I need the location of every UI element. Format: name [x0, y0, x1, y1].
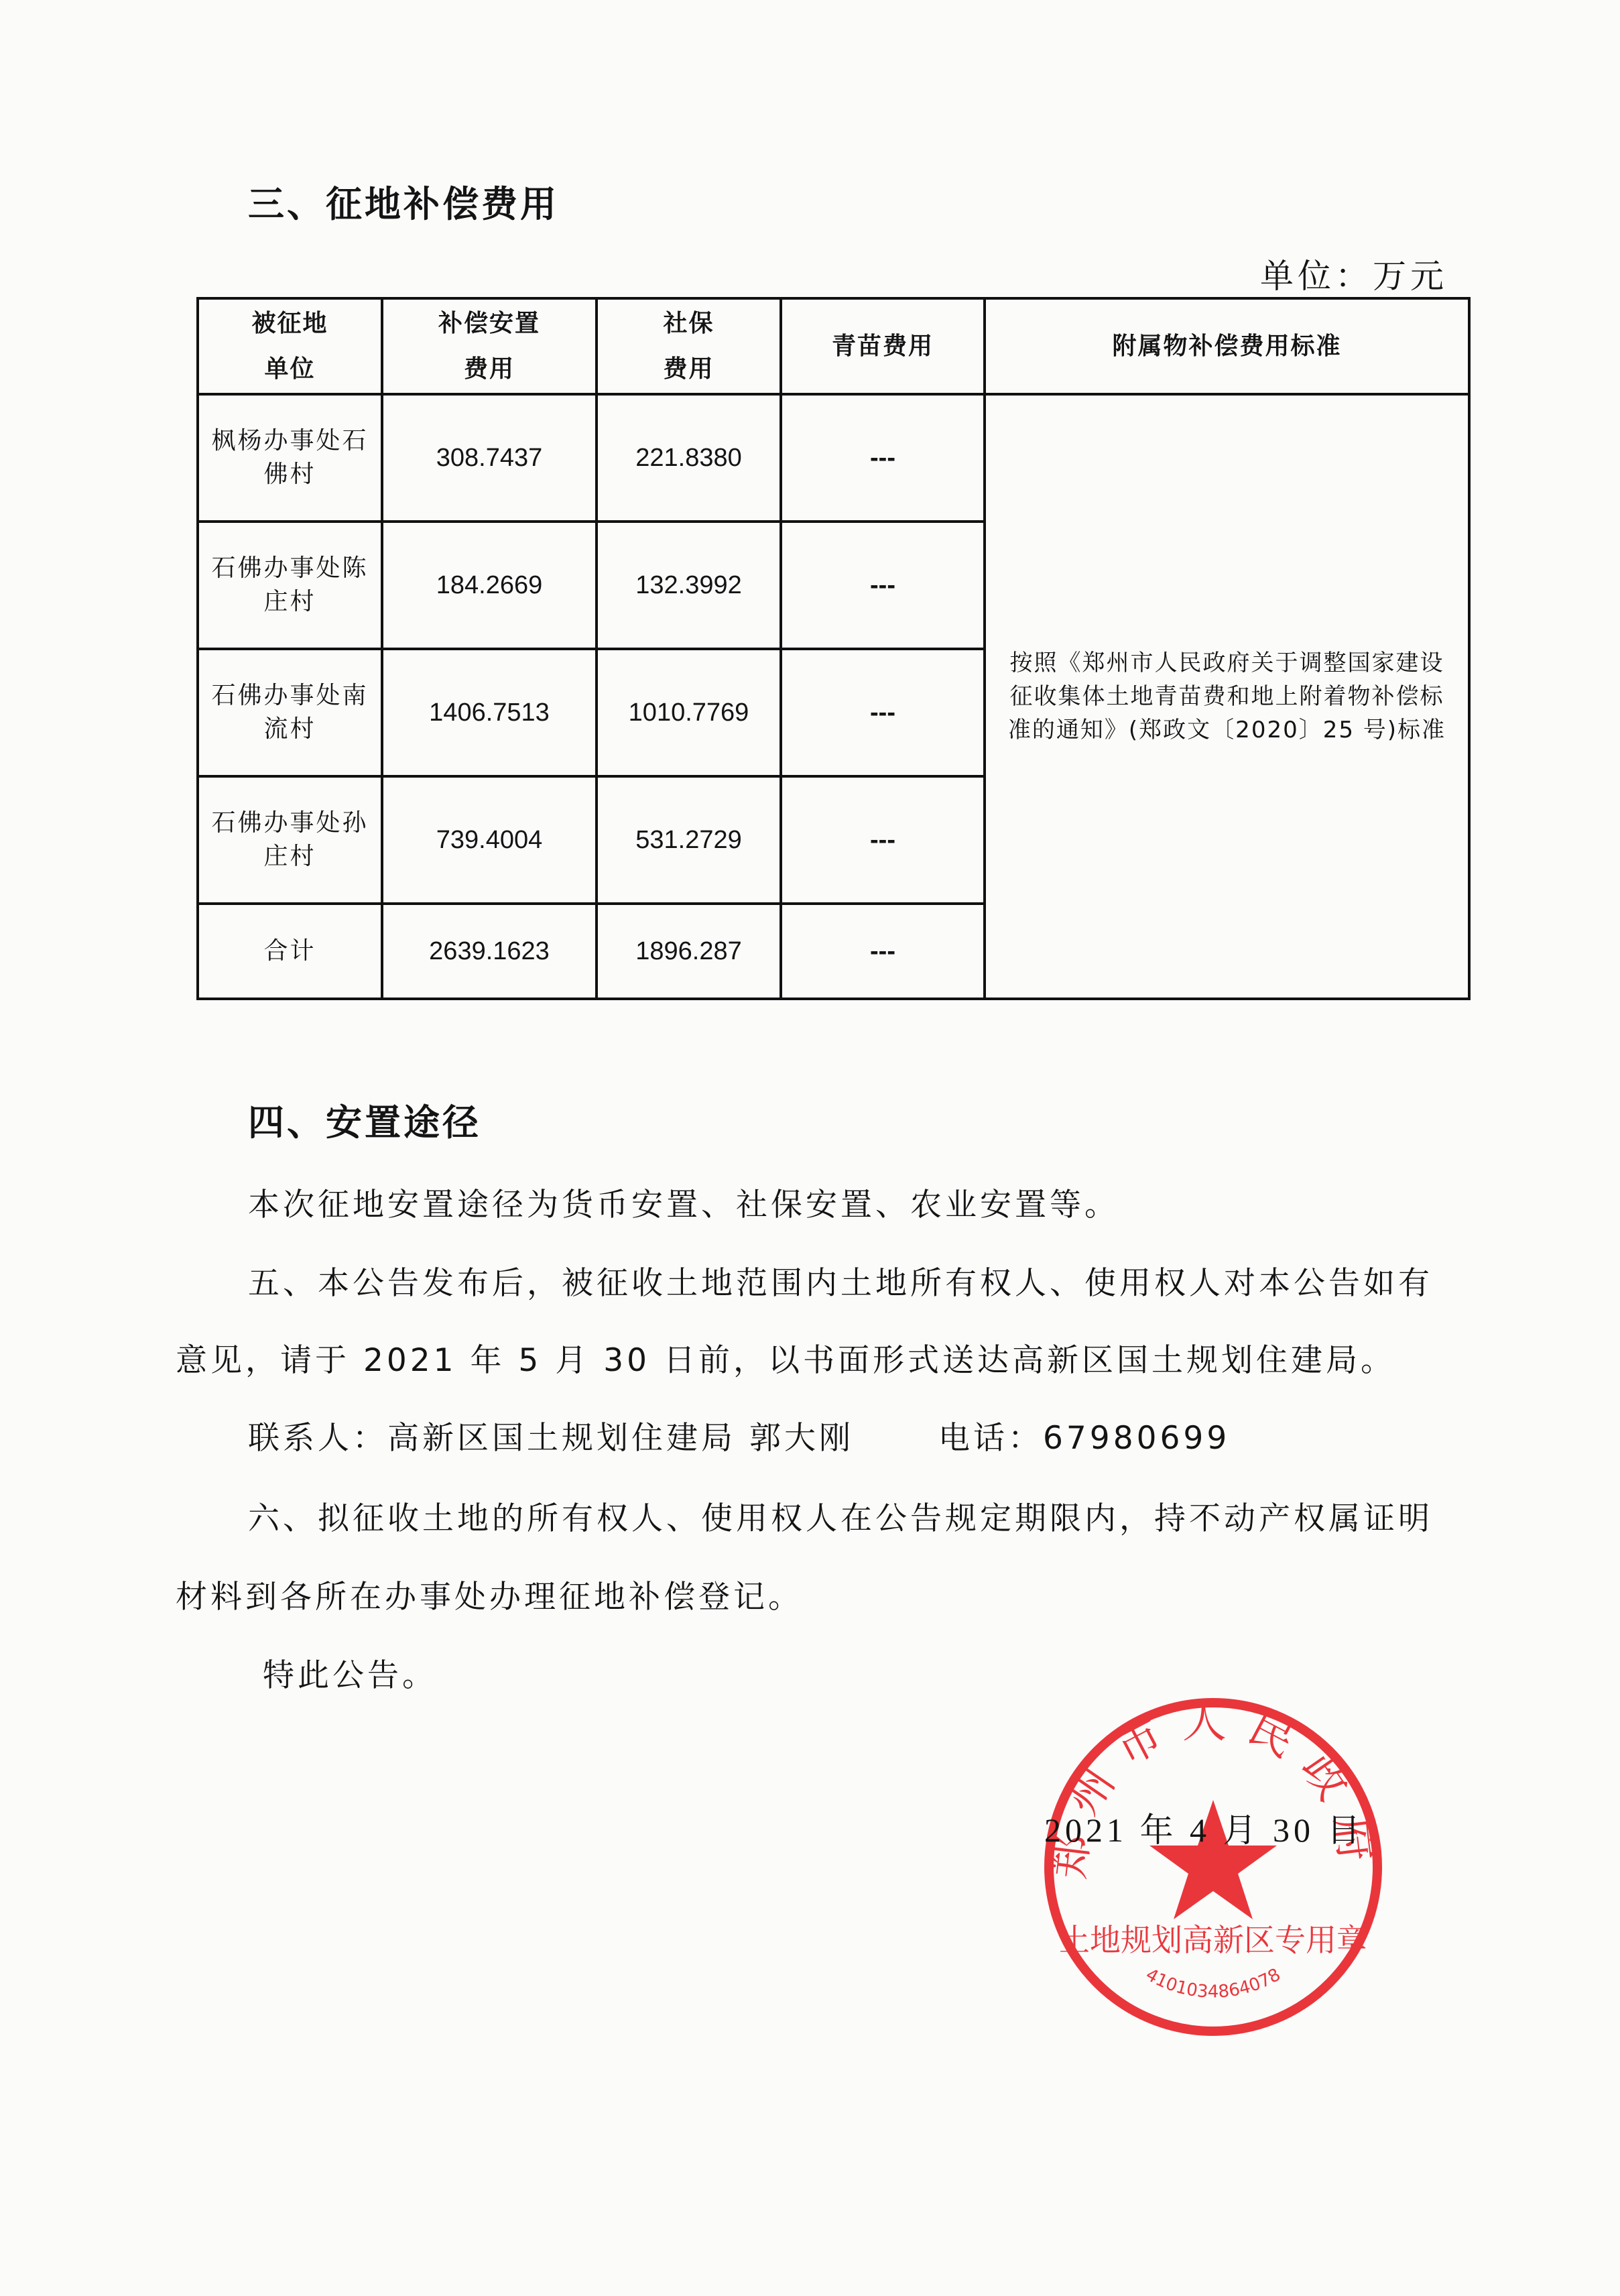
cell-attachment-standard: 按照《郑州市人民政府关于调整国家建设 征收集体土地青苗费和地上附着物补偿标 准的… — [985, 394, 1469, 999]
cell-compensation: 1406.7513 — [382, 649, 597, 776]
cell-unit: 石佛办事处孙庄村 — [198, 776, 382, 904]
cell-crop-fee: --- — [781, 522, 985, 649]
cell-crop-fee: --- — [781, 394, 985, 522]
cell-total-compensation: 2639.1623 — [382, 904, 597, 999]
cell-social-security: 1010.7769 — [597, 649, 781, 776]
cell-unit: 石佛办事处南流村 — [198, 649, 382, 776]
cell-compensation: 308.7437 — [382, 394, 597, 522]
closing-text: 特此公告。 — [263, 1650, 437, 1695]
section6-line1: 六、拟征收土地的所有权人、使用权人在公告规定期限内，持不动产权属证明 — [248, 1494, 1433, 1538]
cell-total-crop-fee: --- — [781, 904, 985, 999]
signature-date: 2021 年 4 月 30 日 — [1044, 1803, 1365, 1852]
section5-line1: 五、本公告发布后，被征收土地范围内土地所有权人、使用权人对本公告如有 — [248, 1258, 1433, 1303]
cell-social-security: 531.2729 — [597, 776, 781, 904]
contact-person: 联系人：高新区国土规划住建局 郭大刚 — [248, 1413, 854, 1458]
cell-total-social-security: 1896.287 — [597, 904, 781, 999]
section5-line2: 意见，请于 2021 年 5 月 30 日前，以书面形式送达高新区国土规划住建局… — [176, 1335, 1395, 1380]
header-social-security: 社保费用 — [597, 298, 781, 394]
seal-code: 4101034864078 — [1142, 1965, 1284, 2002]
cell-crop-fee: --- — [781, 649, 985, 776]
cell-compensation: 184.2669 — [382, 522, 597, 649]
cell-total-label: 合计 — [198, 904, 382, 999]
cell-crop-fee: --- — [781, 776, 985, 904]
header-unit: 被征地单位 — [198, 298, 382, 394]
cell-compensation: 739.4004 — [382, 776, 597, 904]
official-seal: 郑州市人民政府 土地规划高新区专用章 4101034864078 — [1039, 1693, 1387, 2041]
contact-phone: 电话：67980699 — [938, 1413, 1230, 1458]
table-header-row: 被征地单位 补偿安置费用 社保费用 青苗费用 附属物补偿费用标准 — [198, 298, 1469, 394]
section3-heading: 三、征地补偿费用 — [248, 176, 559, 227]
header-attachment-standard: 附属物补偿费用标准 — [985, 298, 1469, 394]
cell-social-security: 221.8380 — [597, 394, 781, 522]
section6-line2: 材料到各所在办事处办理征地补偿登记。 — [176, 1572, 803, 1617]
seal-inner-text: 土地规划高新区专用章 — [1059, 1922, 1367, 1958]
section4-heading: 四、安置途径 — [248, 1094, 481, 1146]
unit-label: 单位：万元 — [1260, 249, 1448, 298]
section4-body: 本次征地安置途径为货币安置、社保安置、农业安置等。 — [248, 1180, 1119, 1225]
cell-unit: 枫杨办事处石佛村 — [198, 394, 382, 522]
header-compensation: 补偿安置费用 — [382, 298, 597, 394]
cell-social-security: 132.3992 — [597, 522, 781, 649]
compensation-table: 被征地单位 补偿安置费用 社保费用 青苗费用 附属物补偿费用标准 枫杨办事处石佛… — [196, 297, 1471, 1000]
table-row: 枫杨办事处石佛村 308.7437 221.8380 --- 按照《郑州市人民政… — [198, 394, 1469, 522]
header-crop-fee: 青苗费用 — [781, 298, 985, 394]
cell-unit: 石佛办事处陈庄村 — [198, 522, 382, 649]
